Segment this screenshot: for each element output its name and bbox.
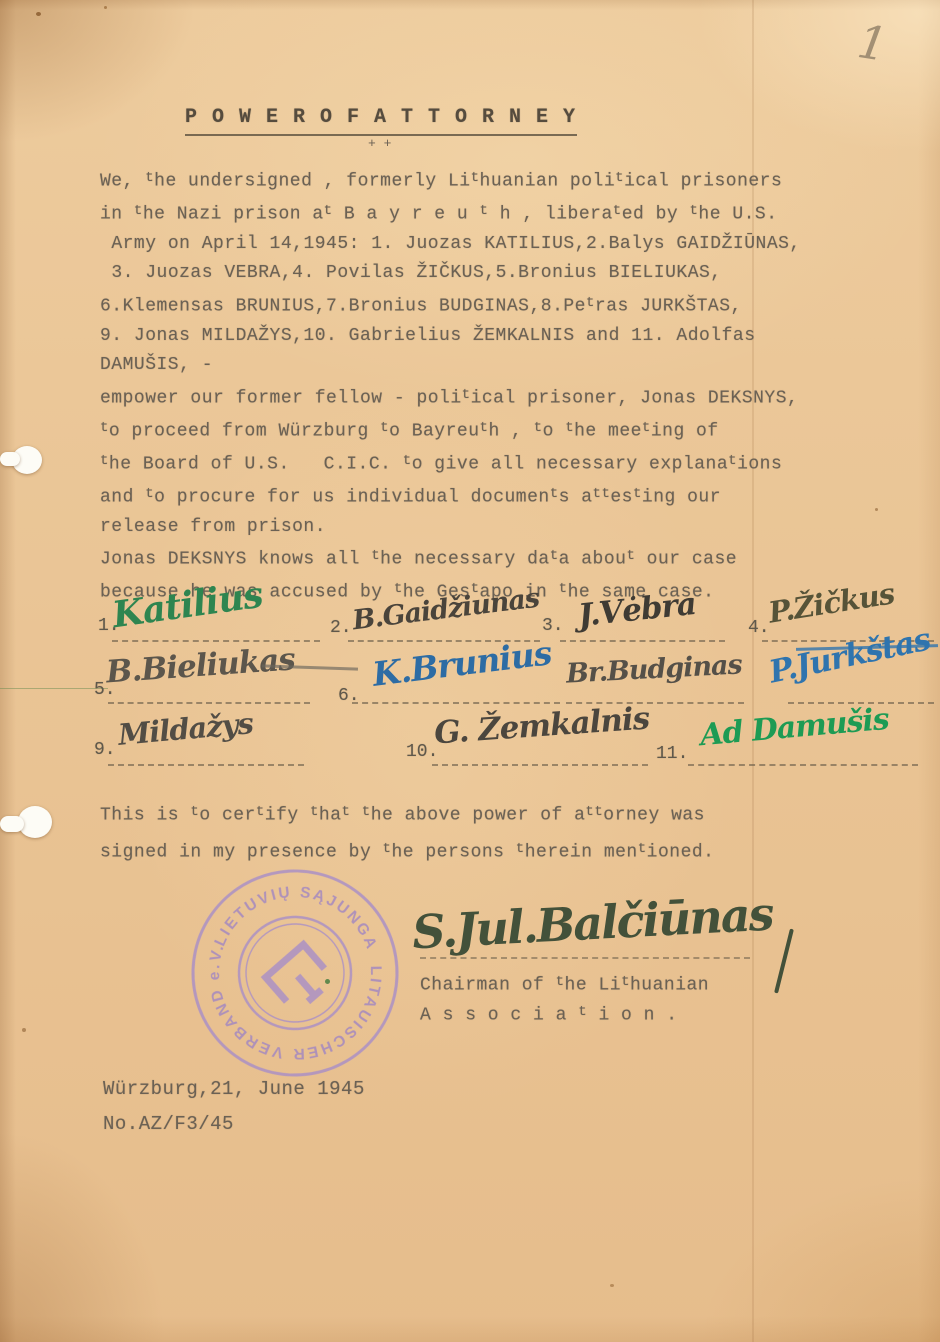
document-title: P O W E R O F A T T O R N E Y xyxy=(185,106,577,136)
signature-line xyxy=(108,764,304,766)
rubber-stamp: LITAUISCHER VERBAND e.V. LIETUVIŲ SĄJUNG… xyxy=(170,848,419,1097)
chairman-role-line2: A s s o c i a t i o n . xyxy=(420,1004,678,1026)
signature-flourish xyxy=(774,928,794,993)
signature-brunius: K.Brunius xyxy=(370,633,553,694)
signature-mildazys: Mildažys xyxy=(117,706,254,752)
signature-number-9: 9. xyxy=(94,740,116,760)
horizontal-crease xyxy=(0,688,108,689)
paper-speck xyxy=(36,12,41,16)
signature-jurkstas: P.Jurkštas xyxy=(766,621,933,690)
paper-speck xyxy=(22,1028,26,1032)
place-and-date: Würzburg,21, June 1945 xyxy=(103,1078,365,1100)
signature-line xyxy=(420,957,750,959)
reference-number: No.AZ/F3/45 xyxy=(103,1113,234,1135)
signature-line xyxy=(688,764,918,766)
scanned-document-page: 1 P O W E R O F A T T O R N E Y + + We, … xyxy=(0,0,940,1342)
signature-line xyxy=(560,640,725,642)
signature-line xyxy=(432,764,648,766)
signature-number-10: 10. xyxy=(406,742,438,762)
signature-number-11: 11. xyxy=(656,744,688,764)
signature-line xyxy=(108,702,310,704)
hole-punch-tear xyxy=(0,816,24,832)
columns-of-gediminas-icon xyxy=(266,945,334,1013)
signature-line xyxy=(352,702,560,704)
signature-budginas: Br.Budginas xyxy=(565,649,742,689)
body-text: We, the undersigned , formerly Lithuania… xyxy=(100,164,848,608)
signature-number-2: 2. xyxy=(330,618,352,638)
certification-text: This is to certify that the above power … xyxy=(100,796,714,869)
hole-punch-tear xyxy=(0,452,20,466)
signature-zemkalnis: G. Žemkalnis xyxy=(433,701,650,752)
paper-speck xyxy=(104,6,107,9)
pencil-page-number: 1 xyxy=(854,14,891,72)
chairman-role-line1: Chairman of the Lithuanian xyxy=(420,974,709,996)
stamp-inner-ring xyxy=(231,909,359,1037)
chairman-signature: S.Jul.Balčiūnas xyxy=(411,887,774,960)
signature-number-4: 4. xyxy=(748,618,770,638)
typewriter-marks: + + xyxy=(368,136,391,151)
paper-speck xyxy=(610,1284,614,1287)
signature-damusis: Ad Damušis xyxy=(699,702,890,753)
paper-speck xyxy=(875,508,878,511)
